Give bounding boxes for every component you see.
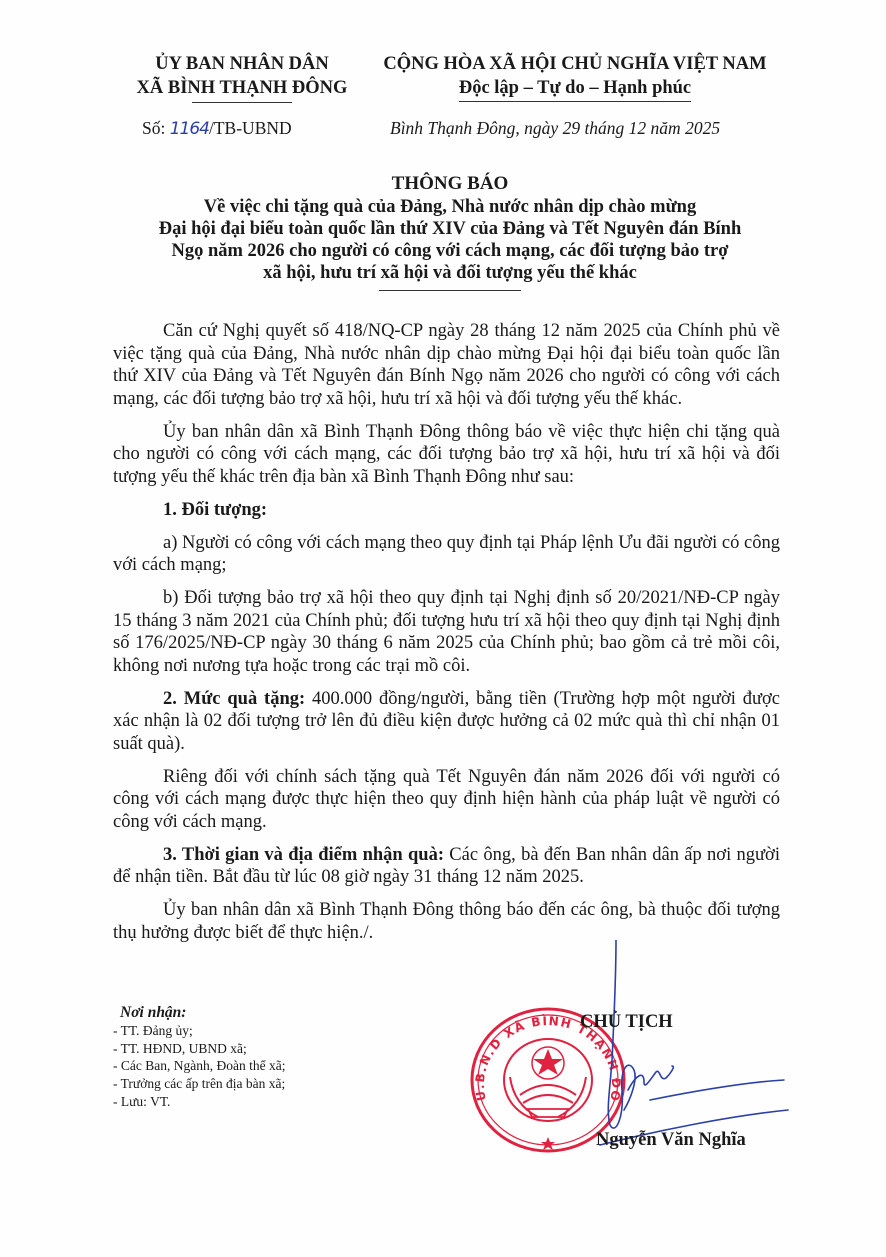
national-header: CỘNG HÒA XÃ HỘI CHỦ NGHĨA VIỆT NAM Độc l… bbox=[355, 52, 795, 102]
special-case-paragraph: Riêng đối với chính sách tặng quà Tết Ng… bbox=[113, 766, 780, 834]
signer-position: CHỦ TỊCH bbox=[580, 1012, 673, 1033]
document-title: THÔNG BÁO Về việc chi tặng quà của Đảng,… bbox=[120, 172, 780, 291]
title-underline bbox=[379, 290, 521, 291]
subject-line: xã hội, hưu trí xã hội và đối tượng yếu … bbox=[120, 262, 780, 284]
section-3: 3. Thời gian và địa điểm nhận quà: Các ô… bbox=[113, 844, 780, 889]
subject-line: Đại hội đại biểu toàn quốc lần thứ XIV c… bbox=[120, 218, 780, 240]
closing-paragraph: Ủy ban nhân dân xã Bình Thạnh Đông thông… bbox=[113, 899, 780, 944]
section-2: 2. Mức quà tặng: 400.000 đồng/người, bằn… bbox=[113, 688, 780, 756]
issuing-authority: ỦY BAN NHÂN DÂN XÃ BÌNH THẠNH ĐÔNG bbox=[112, 52, 372, 103]
announcement-paragraph: Ủy ban nhân dân xã Bình Thạnh Đông thông… bbox=[113, 421, 780, 489]
recipient-item: - TT. Đảng ủy; bbox=[113, 1022, 393, 1040]
authority-underline bbox=[192, 102, 292, 103]
recipients-list: Nơi nhận: - TT. Đảng ủy; - TT. HĐND, UBN… bbox=[113, 1004, 393, 1111]
section-1-heading: 1. Đối tượng: bbox=[113, 499, 780, 522]
document-body: Căn cứ Nghị quyết số 418/NQ-CP ngày 28 t… bbox=[113, 320, 780, 955]
recipient-item: - TT. HĐND, UBND xã; bbox=[113, 1040, 393, 1058]
legal-basis-paragraph: Căn cứ Nghị quyết số 418/NQ-CP ngày 28 t… bbox=[113, 320, 780, 410]
subject-line: Về việc chi tặng quà của Đảng, Nhà nước … bbox=[120, 196, 780, 218]
recipient-item: - Các Ban, Ngành, Đoàn thể xã; bbox=[113, 1057, 393, 1075]
signer-name: Nguyễn Văn Nghĩa bbox=[596, 1130, 746, 1151]
section-3-title: 3. Thời gian và địa điểm nhận quà: bbox=[163, 845, 444, 865]
document-number: Số: 1164/TB-UBND bbox=[142, 118, 292, 139]
section-2-title: 2. Mức quà tặng: bbox=[163, 689, 305, 709]
country-name: CỘNG HÒA XÃ HỘI CHỦ NGHĨA VIỆT NAM bbox=[355, 52, 795, 76]
subject-line: Ngọ năm 2026 cho người có công với cách … bbox=[120, 240, 780, 262]
doc-number-handwritten: 1164 bbox=[170, 119, 209, 139]
recipient-item: - Lưu: VT. bbox=[113, 1093, 393, 1111]
authority-line-1: ỦY BAN NHÂN DÂN bbox=[112, 52, 372, 76]
authority-line-2: XÃ BÌNH THẠNH ĐÔNG bbox=[112, 76, 372, 100]
section-1-title: 1. Đối tượng: bbox=[163, 500, 267, 520]
recipient-item: - Trưởng các ấp trên địa bàn xã; bbox=[113, 1075, 393, 1093]
section-1-item-b: b) Đối tượng bảo trợ xã hội theo quy địn… bbox=[113, 587, 780, 677]
document-type: THÔNG BÁO bbox=[120, 172, 780, 196]
doc-number-prefix: Số: bbox=[142, 118, 170, 138]
national-motto: Độc lập – Tự do – Hạnh phúc bbox=[459, 76, 691, 102]
document-page: ỦY BAN NHÂN DÂN XÃ BÌNH THẠNH ĐÔNG CỘNG … bbox=[0, 0, 886, 1257]
place-and-date: Bình Thạnh Đông, ngày 29 tháng 12 năm 20… bbox=[390, 118, 720, 139]
section-1-item-a: a) Người có công với cách mạng theo quy … bbox=[113, 532, 780, 577]
recipients-label: Nơi nhận: bbox=[113, 1004, 393, 1022]
doc-number-suffix: /TB-UBND bbox=[209, 118, 292, 138]
